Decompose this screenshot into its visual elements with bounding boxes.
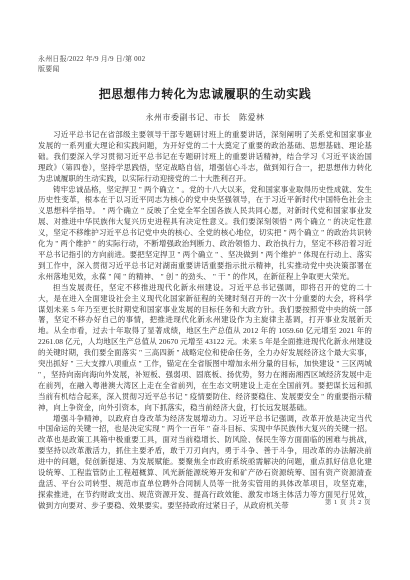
article-title: 把思想伟力转化为忠诚履职的生动实践	[38, 85, 372, 102]
article-byline: 永州市委副书记、市长 陈爱林	[38, 112, 372, 123]
article-paragraph: 铸牢忠诚品格，坚定捍卫 " 两个确立 " 。党的十八大以来，党和国家事业取得历史…	[38, 185, 372, 283]
page-number-indicator: 第 1 页 共 2 页	[325, 497, 371, 506]
publication-header-line2: 版要闻	[38, 65, 372, 75]
article-paragraph: 增强斗争精神，以政府自身改革为经济发展增动力。习近平总书记强调，改革开放是决定当…	[38, 414, 372, 512]
article-paragraph: 习近平总书记在省部级主要领导干部专题研讨班上的重要讲话，深刻阐明了关系党和国家事…	[38, 130, 372, 185]
document-page: 永州日报/2022 年/9 月/9 日/第 002 版要闻 把思想伟力转化为忠诚…	[0, 0, 410, 580]
article-body: 习近平总书记在省部级主要领导干部专题研讨班上的重要讲话，深刻阐明了关系党和国家事…	[38, 130, 372, 512]
publication-header: 永州日报/2022 年/9 月/9 日/第 002 版要闻	[38, 55, 372, 74]
publication-header-line1: 永州日报/2022 年/9 月/9 日/第 002	[38, 55, 372, 65]
article-paragraph: 担当发展责任，坚定不移推进现代化新永州建设。习近平总书记强调，即将召开的党的二十…	[38, 283, 372, 414]
